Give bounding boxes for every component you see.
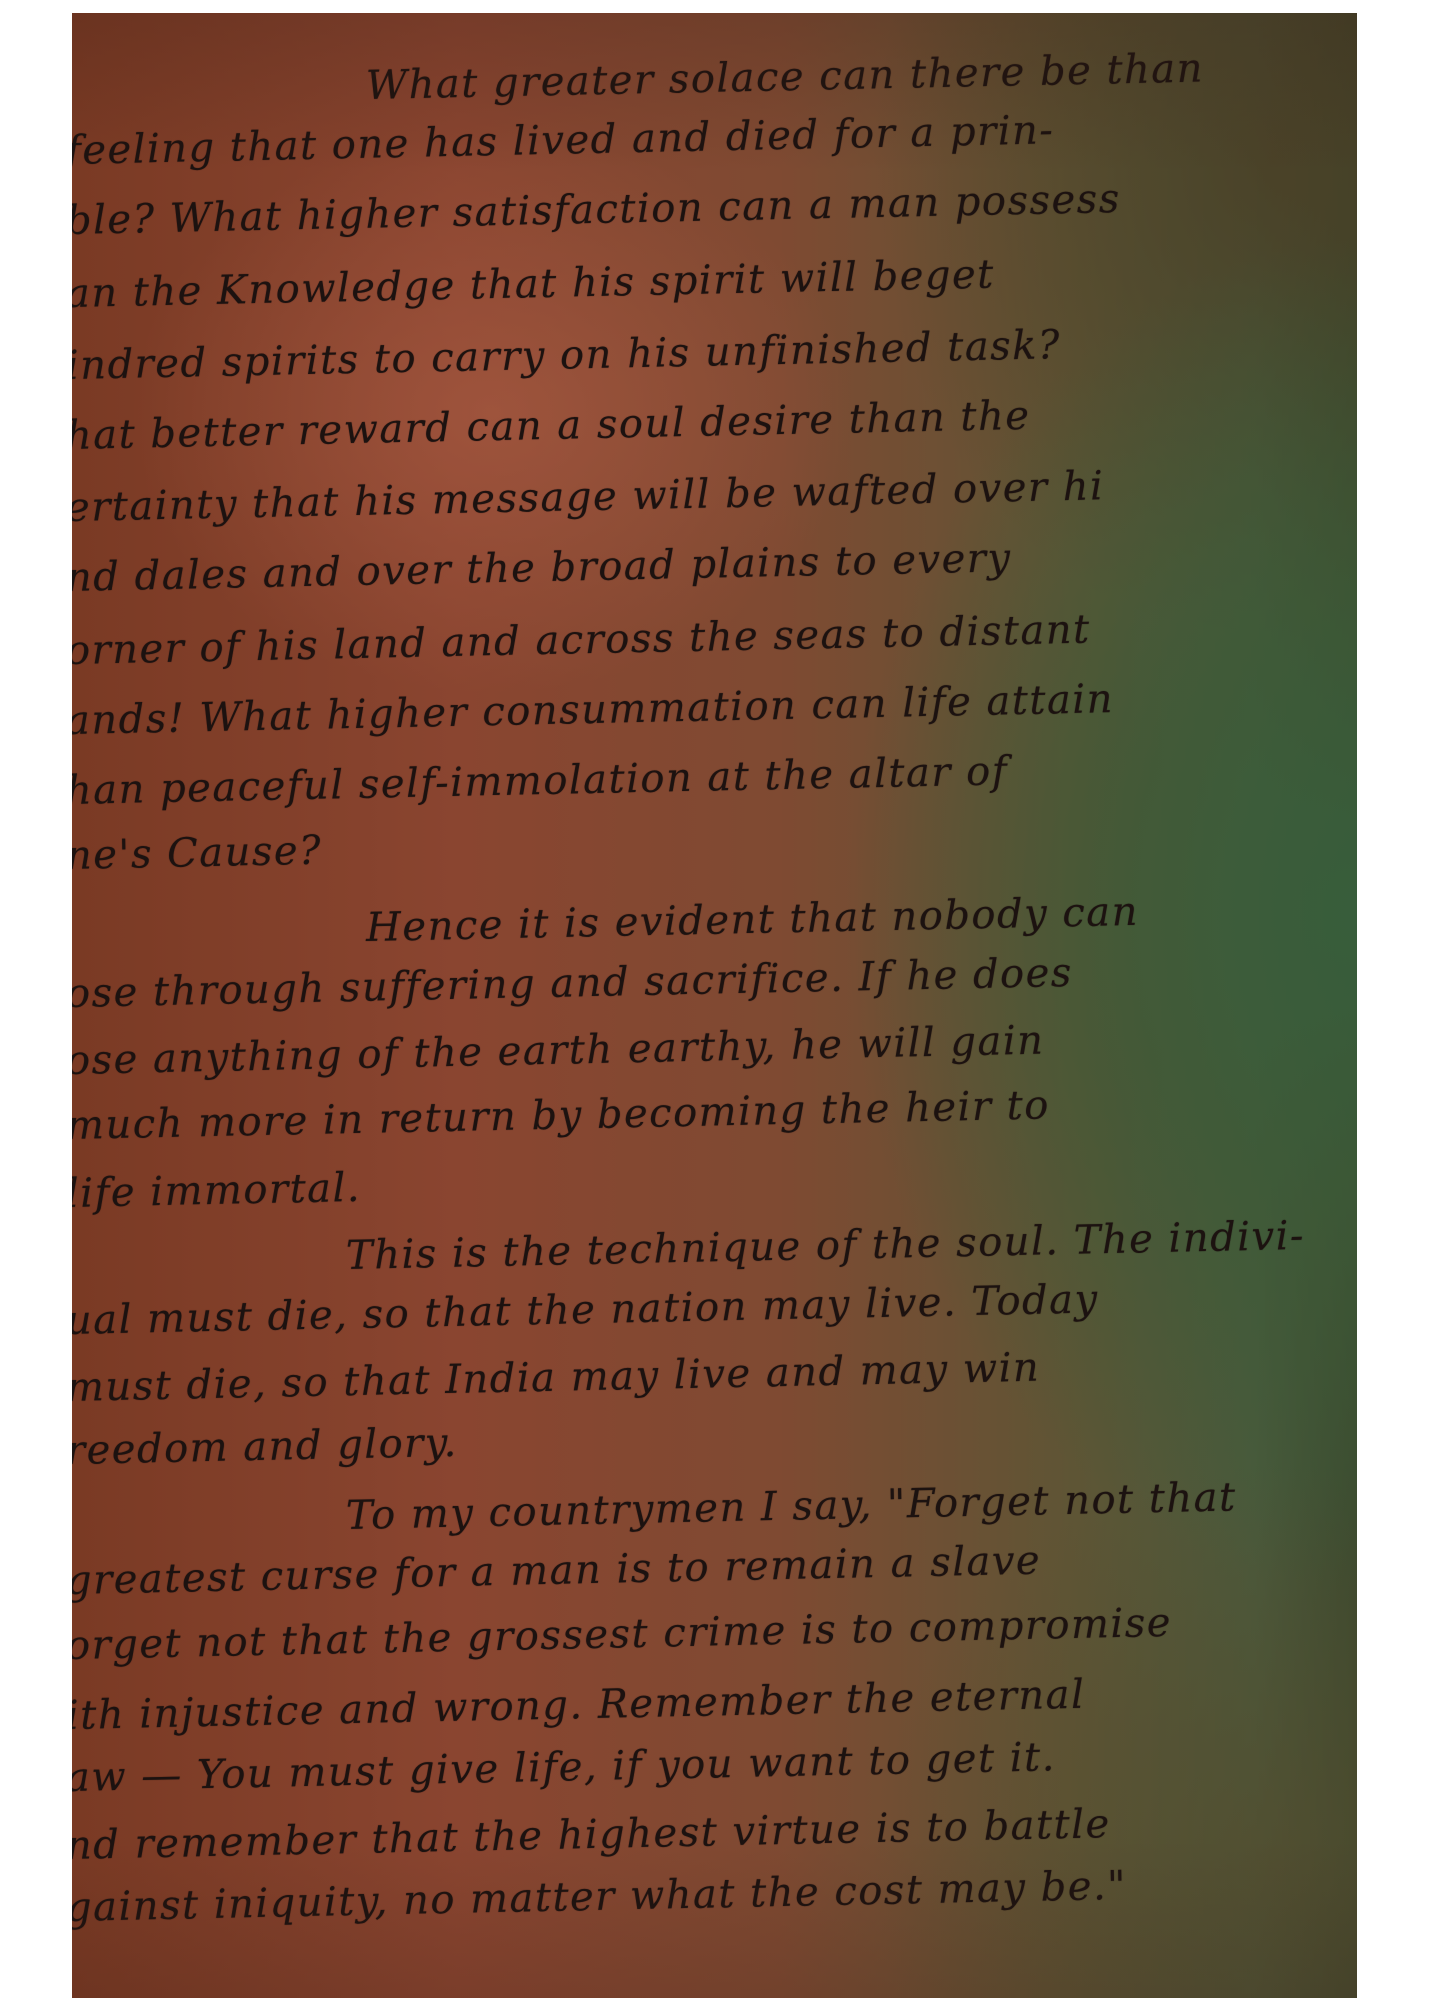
manuscript-line: ble? What higher satisfaction can a man … <box>72 176 1121 244</box>
manuscript-line: ith injustice and wrong. Remember the et… <box>72 1672 1086 1739</box>
manuscript-line: Hence it is evident that nobody can <box>366 889 1140 951</box>
manuscript-line: ual must die, so that the nation may liv… <box>72 1276 1099 1344</box>
manuscript-line: reedom and glory. <box>72 1420 458 1474</box>
manuscript-line: greatest curse for a man is to remain a … <box>72 1538 1042 1604</box>
manuscript-line: aw — You must give life, if you want to … <box>72 1734 1056 1801</box>
manuscript-line: hat better reward can a soul desire than… <box>72 393 1031 459</box>
manuscript-line: orner of his land and across the seas to… <box>72 607 1091 674</box>
manuscript-line: orget not that the grossest crime is to … <box>72 1600 1172 1669</box>
manuscript-line: must die, so that India may live and may… <box>72 1345 1041 1411</box>
manuscript-line: ands! What higher consummation can life … <box>72 676 1114 744</box>
manuscript-line: ne's Cause? <box>72 828 322 879</box>
manuscript-line: This is the technique of the soul. The i… <box>346 1213 1306 1279</box>
manuscript-line: What greater solace can there be than <box>366 45 1205 109</box>
manuscript-line: ose through suffering and sacrifice. If … <box>72 950 1073 1017</box>
manuscript-line: much more in return by becoming the heir… <box>72 1082 1050 1149</box>
manuscript-line: life immortal. <box>72 1165 361 1217</box>
manuscript-line: nd dales and over the broad plains to ev… <box>72 535 1012 601</box>
manuscript-photo: What greater solace can there be thanfee… <box>72 13 1357 1998</box>
manuscript-line: han peaceful self-immolation at the alta… <box>72 748 1008 814</box>
manuscript-line: an the Knowledge that his spirit will be… <box>72 252 995 317</box>
manuscript-line: feeling that one has lived and died for … <box>72 107 1055 174</box>
manuscript-line: To my countrymen I say, "Forget not that <box>346 1474 1238 1539</box>
manuscript-line: ertainty that his message will be wafted… <box>72 463 1105 531</box>
manuscript-line: indred spirits to carry on his unfinishe… <box>72 322 1061 389</box>
manuscript-line: ose anything of the earth earthy, he wil… <box>72 1018 1045 1084</box>
manuscript-line: nd remember that the highest virtue is t… <box>72 1801 1111 1869</box>
manuscript-line: gainst iniquity, no matter what the cost… <box>72 1863 1128 1931</box>
